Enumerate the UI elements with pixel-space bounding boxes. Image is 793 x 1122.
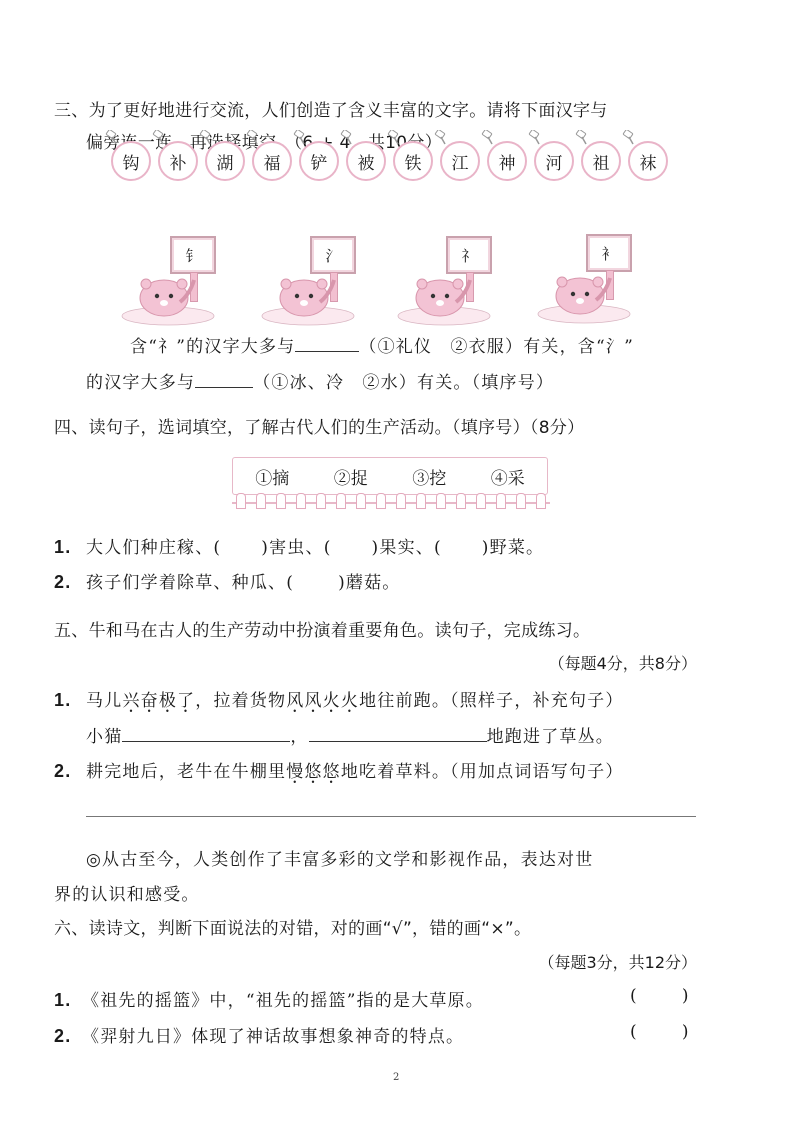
character-label: 钩 [111, 141, 151, 181]
character-circle[interactable]: 祖 [578, 138, 618, 178]
option-4: ④采 [491, 464, 525, 489]
character-label: 袜 [628, 141, 668, 181]
fill-text: 的汉字大多与 [86, 373, 195, 393]
hammer-icon [339, 130, 355, 146]
radical-sign: 衤 [586, 234, 632, 272]
mascot-radical-2[interactable]: 氵 [258, 236, 358, 326]
radical-sign: 氵 [310, 236, 356, 274]
mascot-icon [118, 272, 218, 326]
section5-question-1-fill: 小猫，地跑进了草丛。 [86, 722, 614, 747]
section5-question-2: 2. 耕完地后，老牛在牛棚里慢悠悠地吃着草料。（用加点词语写句子） [54, 757, 624, 782]
character-circle[interactable]: 湖 [202, 138, 242, 178]
mascot-radical-1[interactable]: 钅 [118, 236, 218, 326]
character-circle[interactable]: 补 [155, 138, 195, 178]
dotted-char: 兴 [122, 691, 140, 711]
word-options-box: ①摘 ②捉 ③挖 ④采 [232, 453, 550, 511]
hammer-icon [198, 130, 214, 146]
answer-blank[interactable] [309, 741, 487, 742]
mascot-icon [394, 272, 494, 326]
fence-decoration [236, 493, 546, 509]
dotted-char: 慢 [286, 762, 304, 782]
hammer-icon [527, 130, 543, 146]
bracket-open: ( [630, 986, 638, 1006]
character-label: 祖 [581, 141, 621, 181]
question-number: 2. [54, 1026, 71, 1046]
question-text: 地往前跑。（照样子，补充句子） [359, 691, 624, 711]
question-text: 《祖先的摇篮》中，“祖先的摇篮”指的是大草原。 [82, 991, 484, 1011]
dotted-char: 极 [159, 691, 177, 711]
option-3: ③挖 [412, 464, 446, 489]
section3-fill-line2: 的汉字大多与（①冰、冷 ②水）有关。（填序号） [86, 368, 554, 393]
character-label: 湖 [205, 141, 245, 181]
hammer-icon [151, 130, 167, 146]
option-1: ①摘 [255, 464, 289, 489]
section6-question-1: 1. 《祖先的摇篮》中，“祖先的摇篮”指的是大草原。 [54, 986, 484, 1011]
question-text: ，拉着货物 [195, 691, 286, 711]
character-circle[interactable]: 袜 [625, 138, 665, 178]
hammer-icon [480, 130, 496, 146]
character-label: 铲 [299, 141, 339, 181]
character-label: 被 [346, 141, 386, 181]
dotted-char: 悠 [323, 762, 341, 782]
page-number: 2 [393, 1072, 399, 1083]
hammer-icon [574, 130, 590, 146]
character-circle[interactable]: 钩 [108, 138, 148, 178]
question-text: 《羿射九日》体现了神话故事想象神奇的特点。 [82, 1027, 464, 1047]
character-circle[interactable]: 福 [249, 138, 289, 178]
answer-blank[interactable] [295, 351, 359, 352]
fill-text: （①礼仪 ②衣服）有关，含“氵” [359, 337, 634, 357]
answer-bracket-1[interactable]: () [630, 986, 690, 1006]
question-text: 地吃着草料。（用加点词语写句子） [341, 762, 624, 782]
fill-text: 地跑进了草丛。 [487, 727, 614, 747]
dotted-char: 火 [323, 691, 341, 711]
hammer-icon [104, 130, 120, 146]
section6-title: 六、读诗文，判断下面说法的对错，对的画“√”，错的画“×”。 [54, 914, 531, 939]
dotted-char: 奋 [141, 691, 159, 711]
mascot-radical-3[interactable]: 礻 [394, 236, 494, 326]
dotted-char: 风 [304, 691, 322, 711]
question-number: 1. [54, 690, 71, 710]
bracket-close: ) [682, 1022, 690, 1042]
hammer-icon [621, 130, 637, 146]
section5-score: （每题4分，共8分） [549, 651, 697, 674]
character-circle[interactable]: 河 [531, 138, 571, 178]
question-text: 马儿 [86, 691, 122, 711]
answer-blank[interactable] [195, 387, 253, 388]
dotted-char: 了 [177, 691, 195, 711]
dotted-char: 风 [286, 691, 304, 711]
answer-bracket-2[interactable]: () [630, 1022, 690, 1042]
section3-title-line1: 三、为了更好地进行交流，人们创造了含义丰富的文字。请将下面汉字与 [54, 96, 608, 121]
character-circle[interactable]: 被 [343, 138, 383, 178]
character-label: 河 [534, 141, 574, 181]
question-number: 1. [54, 990, 71, 1010]
character-label: 江 [440, 141, 480, 181]
question-text: 大人们种庄稼、( [86, 538, 221, 558]
character-circles: 钩 补 湖 福 铲 被 铁 江 神 河 祖 袜 [108, 138, 665, 178]
fill-text: 小猫 [86, 727, 122, 747]
dotted-char: 悠 [304, 762, 322, 782]
character-circle[interactable]: 神 [484, 138, 524, 178]
character-label: 神 [487, 141, 527, 181]
hammer-icon [292, 130, 308, 146]
mascot-icon [258, 272, 358, 326]
section5-question-1: 1. 马儿兴奋极了，拉着货物风风火火地往前跑。（照样子，补充句子） [54, 686, 624, 711]
dotted-char: 火 [341, 691, 359, 711]
question-number: 1. [54, 537, 71, 557]
radical-sign: 礻 [446, 236, 492, 274]
answer-blank[interactable] [122, 741, 290, 742]
hammer-icon [245, 130, 261, 146]
question-text: )蘑菇。 [338, 573, 400, 593]
section6-question-2: 2. 《羿射九日》体现了神话故事想象神奇的特点。 [54, 1022, 464, 1047]
section3-fill-line1: 含“礻”的汉字大多与（①礼仪 ②衣服）有关，含“氵” [130, 332, 634, 357]
question-number: 2. [54, 572, 71, 592]
option-2: ②捉 [334, 464, 368, 489]
section6-score: （每题3分，共12分） [538, 950, 697, 973]
mascot-radical-4[interactable]: 衤 [534, 234, 634, 324]
character-label: 铁 [393, 141, 433, 181]
section4-question-1: 1. 大人们种庄稼、()害虫、()果实、()野菜。 [54, 533, 544, 558]
hammer-icon [433, 130, 449, 146]
question-number: 2. [54, 761, 71, 781]
intro-line2: 界的认识和感受。 [54, 880, 200, 905]
mascot-icon [534, 270, 634, 324]
section4-question-2: 2. 孩子们学着除草、种瓜、()蘑菇。 [54, 568, 401, 593]
question-text: 耕完地后，老牛在牛棚里 [86, 762, 286, 782]
question-text: )野菜。 [482, 538, 544, 558]
fill-text: （①冰、冷 ②水）有关。（填序号） [253, 373, 554, 393]
character-label: 补 [158, 141, 198, 181]
hammer-icon [386, 130, 402, 146]
intro-line1: ◎从古至今，人类创作了丰富多彩的文学和影视作品，表达对世 [86, 845, 593, 870]
answer-line[interactable] [86, 816, 696, 817]
character-circle[interactable]: 铁 [390, 138, 430, 178]
fill-text: ， [290, 727, 308, 747]
question-text: 孩子们学着除草、种瓜、( [86, 573, 294, 593]
question-text: )果实、( [372, 538, 442, 558]
section5-title: 五、牛和马在古人的生产劳动中扮演着重要角色。读句子，完成练习。 [54, 616, 590, 641]
fill-text: 含“礻”的汉字大多与 [130, 337, 295, 357]
character-label: 福 [252, 141, 292, 181]
character-circle[interactable]: 江 [437, 138, 477, 178]
question-text: )害虫、( [261, 538, 331, 558]
bracket-open: ( [630, 1022, 638, 1042]
bracket-close: ) [682, 986, 690, 1006]
radical-sign: 钅 [170, 236, 216, 274]
character-circle[interactable]: 铲 [296, 138, 336, 178]
section4-title: 四、读句子，选词填空，了解古代人们的生产活动。（填序号）（8分） [54, 413, 584, 438]
